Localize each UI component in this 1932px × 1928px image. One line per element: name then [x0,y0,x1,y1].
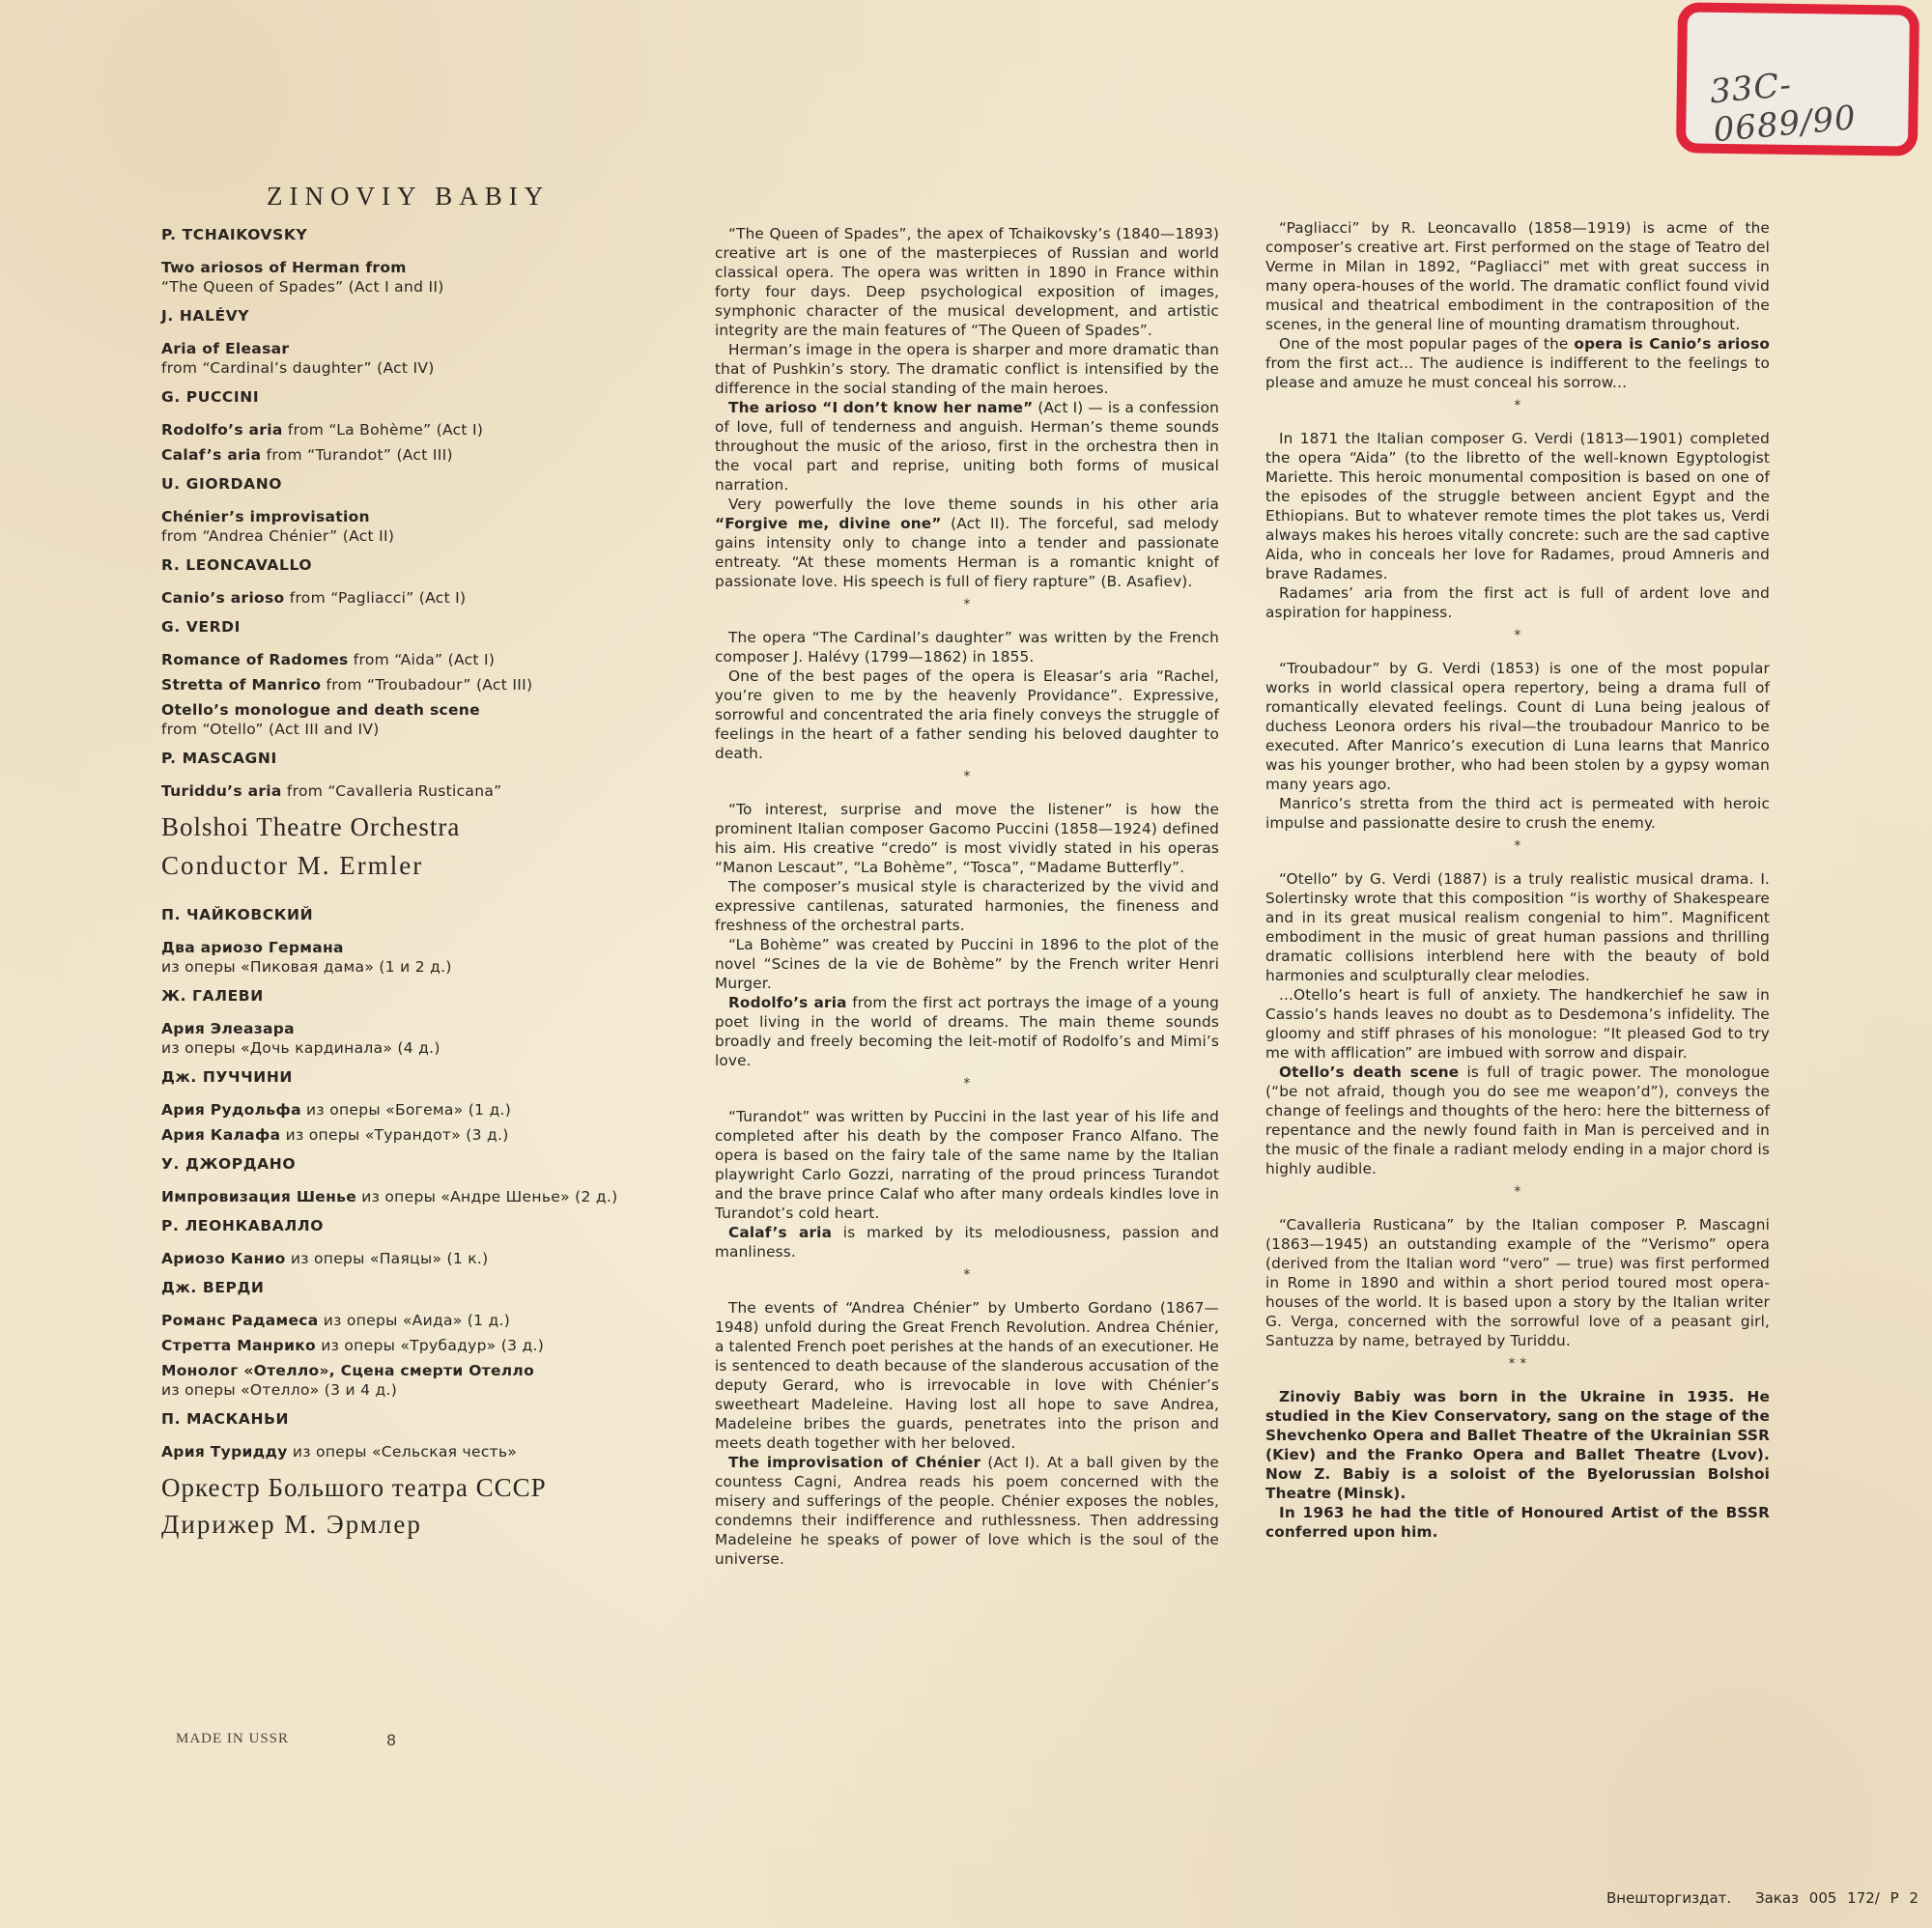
composer-group: P. MASCAGNITuriddu’s aria from “Cavaller… [161,749,702,801]
track-source: “The Queen of Spades” (Act I and II) [161,277,702,297]
paragraph-text: In 1871 the Italian composer G. Verdi (1… [1265,430,1770,582]
track-source: from “Otello” (Act III and IV) [161,720,702,739]
track-title: Монолог «Отелло», Сцена смерти Отелло [161,1362,534,1379]
paragraph-text: “To interest, surprise and move the list… [715,801,1219,876]
composer-group: Дж. ВЕРДИРоманс Радамеса из оперы «Аида»… [161,1278,741,1400]
paragraph-text: Zinoviy Babiy was born in the Ukraine in… [1265,1388,1770,1502]
track-title: Ария Рудольфа [161,1101,301,1119]
track-item: Rodolfo’s aria from “La Bohème” (Act I) [161,420,702,439]
track-item: Stretta of Manrico from “Troubadour” (Ac… [161,675,702,695]
track-source: из оперы «Турандот» (3 д.) [280,1126,508,1144]
paragraph-text: “Turandot” was written by Puccini in the… [715,1108,1219,1222]
track-title: Chénier’s improvisation [161,508,370,525]
track-item: Chénier’s improvisationfrom “Andrea Chén… [161,507,702,546]
composer-name: U. GIORDANO [161,474,702,494]
stamp-number: 33C-0689/90 [1708,55,1911,150]
track-item: Two ariosos of Herman from“The Queen of … [161,258,702,297]
track-item: Otello’s monologue and death scenefrom “… [161,700,702,739]
paragraph-text: ...Otello’s heart is full of anxiety. Th… [1265,986,1770,1062]
track-item: Ария Калафа из оперы «Турандот» (3 д.) [161,1125,741,1145]
paragraph-text: Manrico’s stretta from the third act is … [1265,795,1770,832]
paragraph-text: One of the best pages of the opera is El… [715,667,1219,762]
section-divider: * [715,1074,1219,1093]
track-source: from “Pagliacci” (Act I) [284,589,466,607]
track-source: из оперы «Аида» (1 д.) [319,1312,511,1329]
composer-group: П. ЧАЙКОВСКИЙДва ариозо Германаиз оперы … [161,905,741,977]
track-item: Romance of Radomes from “Aida” (Act I) [161,650,702,669]
track-source: из оперы «Сельская честь» [288,1443,518,1460]
track-source: из оперы «Дочь кардинала» (4 д.) [161,1038,741,1058]
composer-name: J. HALÉVY [161,306,702,326]
paragraph-text: In 1963 he had the title of Honoured Art… [1265,1504,1770,1541]
track-title: Rodolfo’s aria [161,421,283,439]
highlighted-title: Otello’s death scene [1279,1063,1459,1081]
track-title: Ария Элеазара [161,1020,295,1037]
russian-track-groups: П. ЧАЙКОВСКИЙДва ариозо Германаиз оперы … [161,905,741,1461]
note-paragraph: “Turandot” was written by Puccini in the… [715,1107,1219,1223]
track-source: from “Andrea Chénier” (Act II) [161,526,702,546]
track-title: Aria of Eleasar [161,340,289,357]
note-paragraph: “Cavalleria Rusticana” by the Italian co… [1265,1215,1770,1350]
track-source: из оперы «Отелло» (3 и 4 д.) [161,1380,741,1400]
paragraph-text: Very powerfully the love theme sounds in… [728,496,1219,513]
track-item: Turiddu’s aria from “Cavalleria Rustican… [161,781,702,801]
note-paragraph: Otello’s death scene is full of tragic p… [1265,1063,1770,1178]
composer-group: Дж. ПУЧЧИНИАрия Рудольфа из оперы «Богем… [161,1067,741,1145]
composer-name: У. ДЖОРДАНО [161,1154,741,1174]
order-label: Заказ [1755,1889,1799,1907]
composer-name: R. LEONCAVALLO [161,555,702,575]
composer-group: J. HALÉVYAria of Eleasarfrom “Cardinal’s… [161,306,702,378]
composer-name: G. VERDI [161,617,702,637]
composer-name: P. MASCAGNI [161,749,702,768]
track-item: Два ариозо Германаиз оперы «Пиковая дама… [161,938,741,977]
track-item: Ария Рудольфа из оперы «Богема» (1 д.) [161,1100,741,1120]
composer-name: Дж. ПУЧЧИНИ [161,1067,741,1087]
note-paragraph: “Otello” by G. Verdi (1887) is a truly r… [1265,869,1770,985]
track-title: Stretta of Manrico [161,676,321,694]
track-title: Turiddu’s aria [161,782,282,800]
track-item: Calaf’s aria from “Turandot” (Act III) [161,445,702,465]
russian-orchestra: Оркестр Большого театра СССР [161,1471,741,1504]
track-title: Canio’s arioso [161,589,284,607]
composer-group: P. TCHAIKOVSKYTwo ariosos of Herman from… [161,225,702,297]
track-title: Ариозо Канио [161,1250,286,1267]
note-paragraph: “Troubadour” by G. Verdi (1853) is one o… [1265,659,1770,794]
note-paragraph: Herman’s image in the opera is sharper a… [715,340,1219,398]
paragraph-text: “Cavalleria Rusticana” by the Italian co… [1265,1216,1770,1349]
track-item: Ария Туридду из оперы «Сельская честь» [161,1442,741,1461]
track-item: Романс Радамеса из оперы «Аида» (1 д.) [161,1311,741,1330]
note-paragraph: “The Queen of Spades”, the apex of Tchai… [715,224,1219,340]
track-title: Стретта Манрико [161,1337,316,1354]
note-paragraph: One of the most popular pages of the ope… [1265,334,1770,392]
section-divider: * [1265,626,1770,645]
track-title: Ария Туридду [161,1443,288,1460]
note-paragraph: The events of “Andrea Chénier” by Umbert… [715,1298,1219,1453]
note-paragraph: The composer’s musical style is characte… [715,877,1219,935]
highlighted-title: Rodolfo’s aria [728,994,847,1011]
note-paragraph: “To interest, surprise and move the list… [715,800,1219,877]
highlighted-title: “Forgive me, divine one” [715,515,942,532]
liner-notes-right-column: “Pagliacci” by R. Leoncavallo (1858—1919… [1265,218,1770,1542]
track-title: Otello’s monologue and death scene [161,701,480,719]
track-title: Ария Калафа [161,1126,280,1144]
composer-group: Ж. ГАЛЕВИАрия Элеазараиз оперы «Дочь кар… [161,986,741,1058]
track-source: из оперы «Паяцы» (1 к.) [286,1250,489,1267]
paragraph-text: “Pagliacci” by R. Leoncavallo (1858—1919… [1265,219,1770,333]
composer-name: П. ЧАЙКОВСКИЙ [161,905,741,924]
note-paragraph: One of the best pages of the opera is El… [715,666,1219,763]
section-divider: * [715,1265,1219,1285]
composer-group: G. VERDIRomance of Radomes from “Aida” (… [161,617,702,739]
composer-name: Р. ЛЕОНКАВАЛЛО [161,1216,741,1235]
order-number: 005 172/ P 2 [1809,1889,1918,1907]
track-source: из оперы «Богема» (1 д.) [301,1101,511,1119]
composer-name: Дж. ВЕРДИ [161,1278,741,1297]
paragraph-text: “The Queen of Spades”, the apex of Tchai… [715,225,1219,339]
track-item: Aria of Eleasarfrom “Cardinal’s daughter… [161,339,702,378]
note-paragraph: “La Bohème” was created by Puccini in 18… [715,935,1219,993]
track-source: from “Cardinal’s daughter” (Act IV) [161,358,702,378]
note-paragraph: Very powerfully the love theme sounds in… [715,495,1219,591]
note-paragraph: Radames’ aria from the first act is full… [1265,583,1770,622]
track-item: Монолог «Отелло», Сцена смерти Отеллоиз … [161,1361,741,1400]
artist-bio-paragraph: In 1963 he had the title of Honoured Art… [1265,1503,1770,1542]
page-title: ZINOVIY BABIY [267,182,550,212]
track-title: Romance of Radomes [161,651,349,668]
note-paragraph: Rodolfo’s aria from the first act portra… [715,993,1219,1070]
russian-tracklist: П. ЧАЙКОВСКИЙДва ариозо Германаиз оперы … [161,905,741,1541]
library-stamp: 33C-0689/90 [1676,2,1919,156]
track-source: из оперы «Андре Шенье» (2 д.) [356,1188,617,1205]
english-conductor: Conductor M. Ermler [161,849,702,882]
track-source: from “La Bohème” (Act I) [283,421,484,439]
track-item: Стретта Манрико из оперы «Трубадур» (3 д… [161,1336,741,1355]
paragraph-text: “Troubadour” by G. Verdi (1853) is one o… [1265,660,1770,793]
section-divider: * [1265,836,1770,856]
artist-bio-paragraph: Zinoviy Babiy was born in the Ukraine in… [1265,1387,1770,1503]
note-paragraph: Calaf’s aria is marked by its melodiousn… [715,1223,1219,1262]
track-title: Calaf’s aria [161,446,261,464]
composer-group: Р. ЛЕОНКАВАЛЛОАриозо Канио из оперы «Пая… [161,1216,741,1268]
publisher-name: Внешторгиздат. [1606,1889,1731,1907]
track-source: from “Cavalleria Rusticana” [282,782,502,800]
composer-group: G. PUCCINIRodolfo’s aria from “La Bohème… [161,387,702,465]
section-divider: * [715,595,1219,614]
paragraph-text: The opera “The Cardinal’s daughter” was … [715,629,1219,666]
section-divider: * [715,767,1219,786]
composer-name: П. МАСКАНЬИ [161,1409,741,1429]
paragraph-text: Herman’s image in the opera is sharper a… [715,341,1219,397]
composer-group: У. ДЖОРДАНОИмпровизация Шенье из оперы «… [161,1154,741,1206]
highlighted-title: The improvisation of Chénier [728,1454,980,1471]
paragraph-text: Radames’ aria from the first act is full… [1265,584,1770,621]
track-source: из оперы «Пиковая дама» (1 и 2 д.) [161,957,741,977]
track-item: Импровизация Шенье из оперы «Андре Шенье… [161,1187,741,1206]
highlighted-title: The arioso “I don’t know her name” [728,399,1033,416]
paragraph-text: One of the most popular pages of the [1279,335,1574,353]
composer-name: G. PUCCINI [161,387,702,407]
note-paragraph: The opera “The Cardinal’s daughter” was … [715,628,1219,666]
track-item: Ария Элеазараиз оперы «Дочь кардинала» (… [161,1019,741,1058]
track-item: Canio’s arioso from “Pagliacci” (Act I) [161,588,702,608]
paragraph-text: from the first act... The audience is in… [1265,354,1770,391]
note-paragraph: In 1871 the Italian composer G. Verdi (1… [1265,429,1770,583]
highlighted-title: opera is Canio’s arioso [1574,335,1770,353]
track-title: Two ariosos of Herman from [161,259,407,276]
composer-group: П. МАСКАНЬИАрия Туридду из оперы «Сельск… [161,1409,741,1461]
section-divider: * [1265,1182,1770,1202]
made-in-label: MADE IN USSR [176,1731,289,1747]
note-paragraph: “Pagliacci” by R. Leoncavallo (1858—1919… [1265,218,1770,334]
track-source: from “Aida” (Act I) [349,651,496,668]
note-paragraph: Manrico’s stretta from the third act is … [1265,794,1770,833]
highlighted-title: Calaf’s aria [728,1224,832,1241]
publisher-imprint: Внешторгиздат. Заказ 005 172/ P 2 [1606,1889,1918,1907]
page-number: 8 [386,1731,396,1749]
paragraph-text: “La Bohème” was created by Puccini in 18… [715,936,1219,992]
track-item: Ариозо Канио из оперы «Паяцы» (1 к.) [161,1249,741,1268]
note-paragraph: ...Otello’s heart is full of anxiety. Th… [1265,985,1770,1063]
paragraph-text: “Otello” by G. Verdi (1887) is a truly r… [1265,870,1770,984]
composer-group: U. GIORDANOChénier’s improvisationfrom “… [161,474,702,546]
composer-name: P. TCHAIKOVSKY [161,225,702,244]
track-source: из оперы «Трубадур» (3 д.) [316,1337,544,1354]
composer-group: R. LEONCAVALLOCanio’s arioso from “Pagli… [161,555,702,608]
paragraph-text: The events of “Andrea Chénier” by Umbert… [715,1299,1219,1452]
track-title: Импровизация Шенье [161,1188,356,1205]
paragraph-text: The composer’s musical style is characte… [715,878,1219,934]
english-tracklist: P. TCHAIKOVSKYTwo ariosos of Herman from… [161,225,702,882]
russian-conductor: Дирижер М. Эрмлер [161,1508,741,1541]
section-divider: * * [1265,1354,1770,1374]
liner-notes-middle-column: “The Queen of Spades”, the apex of Tchai… [715,224,1219,1569]
track-source: from “Troubadour” (Act III) [321,676,532,694]
track-source: from “Turandot” (Act III) [261,446,452,464]
note-paragraph: The arioso “I don’t know her name” (Act … [715,398,1219,495]
english-orchestra: Bolshoi Theatre Orchestra [161,810,702,843]
note-paragraph: The improvisation of Chénier (Act I). At… [715,1453,1219,1569]
track-title: Романс Радамеса [161,1312,319,1329]
section-divider: * [1265,396,1770,415]
composer-name: Ж. ГАЛЕВИ [161,986,741,1006]
english-track-groups: P. TCHAIKOVSKYTwo ariosos of Herman from… [161,225,702,801]
track-title: Два ариозо Германа [161,939,344,956]
